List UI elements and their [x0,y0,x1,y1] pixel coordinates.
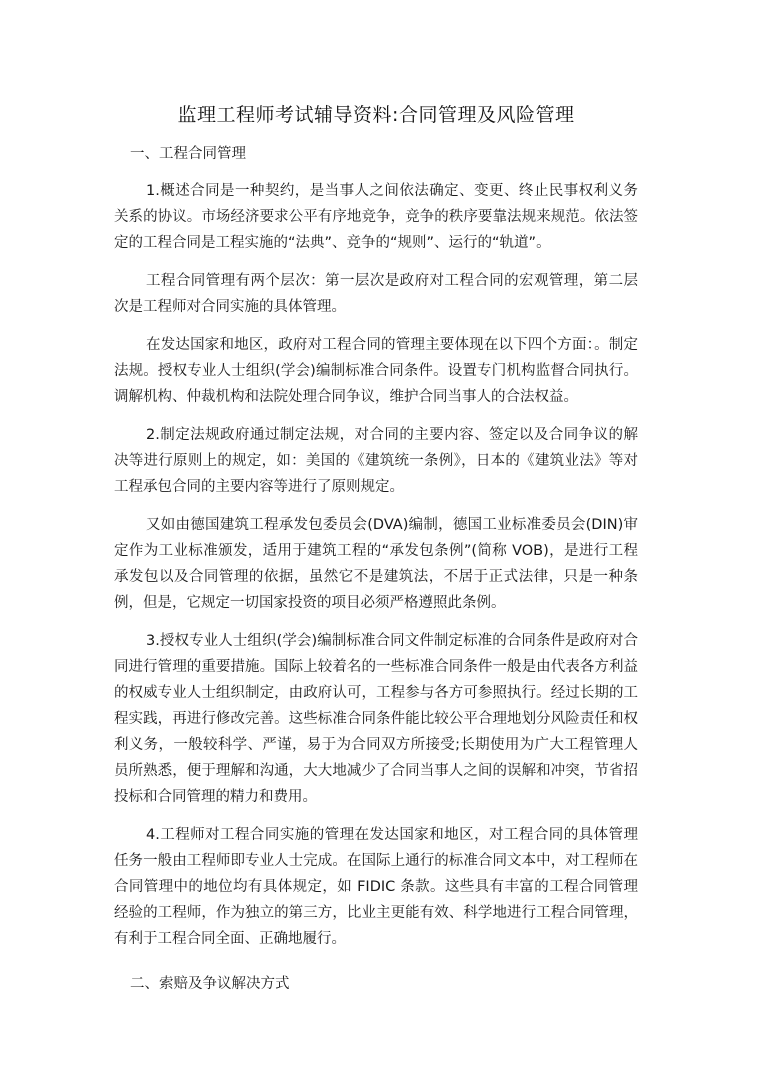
paragraph-management-levels: 工程合同管理有两个层次：第一层次是政府对工程合同的宏观管理，第二层次是工程师对合… [114,268,638,320]
paragraph-engineer-management: 4.工程师对工程合同实施的管理在发达国家和地区，对工程合同的具体管理任务一般由工… [114,822,638,952]
document-title: 监理工程师考试辅导资料:合同管理及风险管理 [114,100,638,130]
paragraph-vob-example: 又如由德国建筑工程承发包委员会(DVA)编制，德国工业标准委员会(DIN)审定作… [114,512,638,616]
section-claims-disputes: 二、索赔及争议解决方式 [114,972,638,996]
paragraph-standard-contracts: 3.授权专业人士组织(学会)编制标准合同文件制定标准的合同条件是政府对合同进行管… [114,628,638,810]
section-heading: 二、索赔及争议解决方式 [114,972,638,996]
section-heading: 一、工程合同管理 [114,142,638,166]
section-contract-management: 一、工程合同管理 1.概述合同是一种契约，是当事人之间依法确定、变更、终止民事权… [114,142,638,952]
paragraph-regulations: 2.制定法规政府通过制定法规，对合同的主要内容、签定以及合同争议的解决等进行原则… [114,422,638,500]
document-page: 监理工程师考试辅导资料:合同管理及风险管理 一、工程合同管理 1.概述合同是一种… [114,100,638,1008]
paragraph-four-aspects: 在发达国家和地区，政府对工程合同的管理主要体现在以下四个方面：。制定法规。授权专… [114,332,638,410]
paragraph-overview: 1.概述合同是一种契约，是当事人之间依法确定、变更、终止民事权利义务关系的协议。… [114,178,638,256]
